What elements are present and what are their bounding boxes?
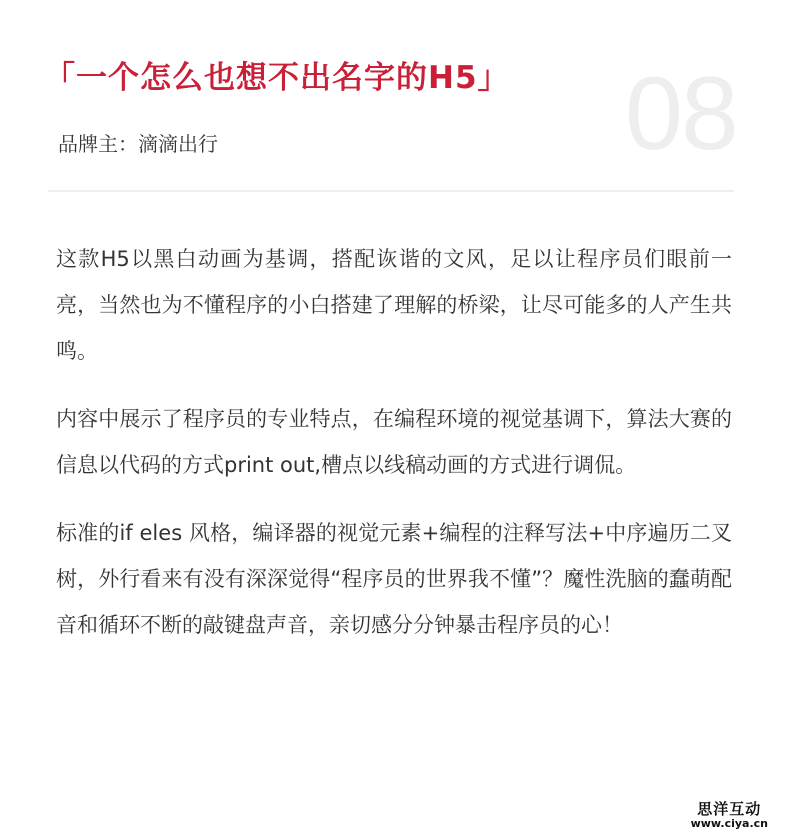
header-divider <box>48 190 734 192</box>
watermark-name: 思洋互动 <box>691 801 768 818</box>
brand-owner-label: 品牌主：滴滴出行 <box>58 128 218 157</box>
paragraph-style: 标准的if eles 风格，编译器的视觉元素+编程的注释写法+中序遍历二叉树，外… <box>56 510 732 648</box>
case-index-number: 08 <box>625 62 737 166</box>
watermark-logo: 思洋互动 www.ciya.cn <box>691 801 768 830</box>
article-title: 「一个怎么也想不出名字的H5」 <box>44 52 510 97</box>
watermark-url: www.ciya.cn <box>691 818 768 830</box>
paragraph-intro: 这款H5以黑白动画为基调，搭配诙谐的文风，足以让程序员们眼前一亮，当然也为不懂程… <box>56 236 732 374</box>
paragraph-content: 内容中展示了程序员的专业特点，在编程环境的视觉基调下，算法大赛的信息以代码的方式… <box>56 396 732 488</box>
article-body: 这款H5以黑白动画为基调，搭配诙谐的文风，足以让程序员们眼前一亮，当然也为不懂程… <box>56 236 732 670</box>
